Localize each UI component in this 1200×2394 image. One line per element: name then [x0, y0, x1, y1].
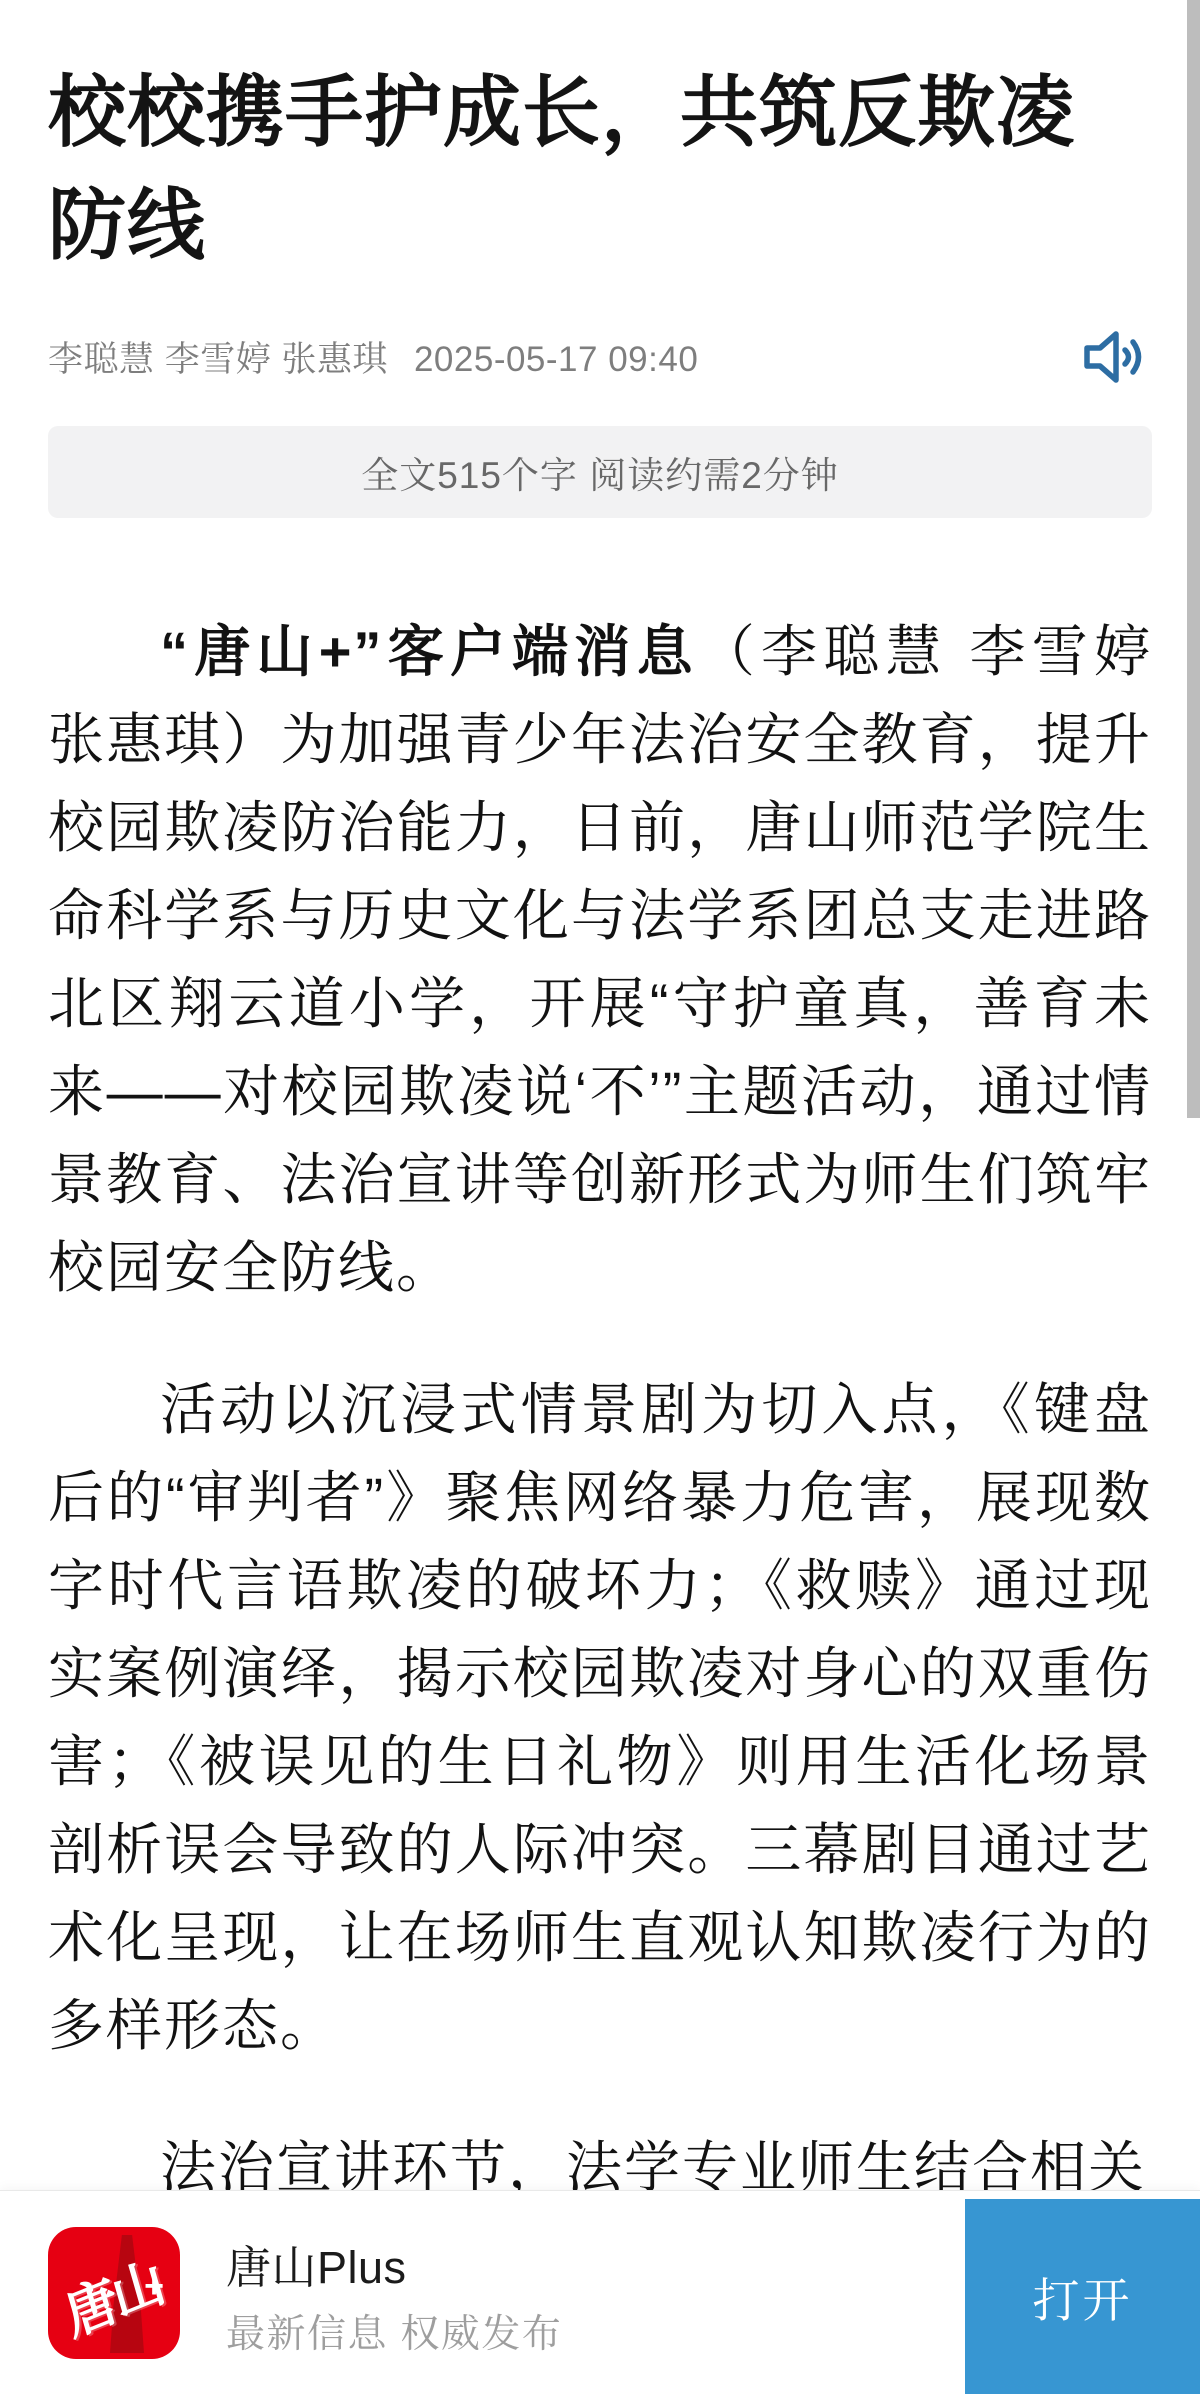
article-paragraph-2: 活动以沉浸式情景剧为切入点，《键盘后的“审判者”》聚焦网络暴力危害，展现数字时代… [48, 1366, 1152, 2070]
paragraph-text: （李聪慧 李雪婷 张惠琪）为加强青少年法治安全教育，提升校园欺凌防治能力，日前，… [48, 620, 1152, 1299]
tangshan-plus-app-icon: 唐山 + [48, 2227, 180, 2359]
article-content: 校校携手护成长，共筑反欺凌防线 李聪慧 李雪婷 张惠琪2025-05-17 09… [0, 56, 1200, 2212]
tangshan-logo-plus: + [144, 2267, 164, 2306]
paragraph-text: 活动以沉浸式情景剧为切入点，《键盘后的“审判者”》聚焦网络暴力危害，展现数字时代… [48, 1378, 1152, 2057]
byline: 李聪慧 李雪婷 张惠琪2025-05-17 09:40 [48, 332, 698, 382]
app-download-banner: 唐山 + 唐山Plus 最新信息 权威发布 打开 [0, 2190, 1200, 2394]
scrollbar-thumb[interactable] [1187, 0, 1200, 1118]
meta-row: 李聪慧 李雪婷 张惠琪2025-05-17 09:40 [48, 326, 1152, 388]
page-title: 校校携手护成长，共筑反欺凌防线 [48, 56, 1152, 282]
app-slogan: 最新信息 权威发布 [226, 2303, 562, 2359]
read-info-bar: 全文515个字 阅读约需2分钟 [48, 426, 1152, 518]
open-app-button[interactable]: 打开 [965, 2199, 1200, 2394]
byline-authors: 李聪慧 李雪婷 张惠琪 [48, 340, 388, 379]
article-page: 校校携手护成长，共筑反欺凌防线 李聪慧 李雪婷 张惠琪2025-05-17 09… [0, 0, 1200, 2394]
read-info-text: 全文515个字 阅读约需2分钟 [361, 445, 839, 499]
app-name: 唐山Plus [226, 2231, 407, 2296]
article-body: “唐山+”客户端消息（李聪慧 李雪婷 张惠琪）为加强青少年法治安全教育，提升校园… [48, 608, 1152, 2212]
byline-datetime: 2025-05-17 09:40 [414, 340, 698, 379]
article-paragraph-1: “唐山+”客户端消息（李聪慧 李雪婷 张惠琪）为加强青少年法治安全教育，提升校园… [48, 608, 1152, 1312]
speaker-icon-svg [1083, 329, 1147, 385]
paragraph-lead: “唐山+”客户端消息 [160, 620, 699, 683]
speaker-audio-icon[interactable] [1082, 327, 1148, 387]
